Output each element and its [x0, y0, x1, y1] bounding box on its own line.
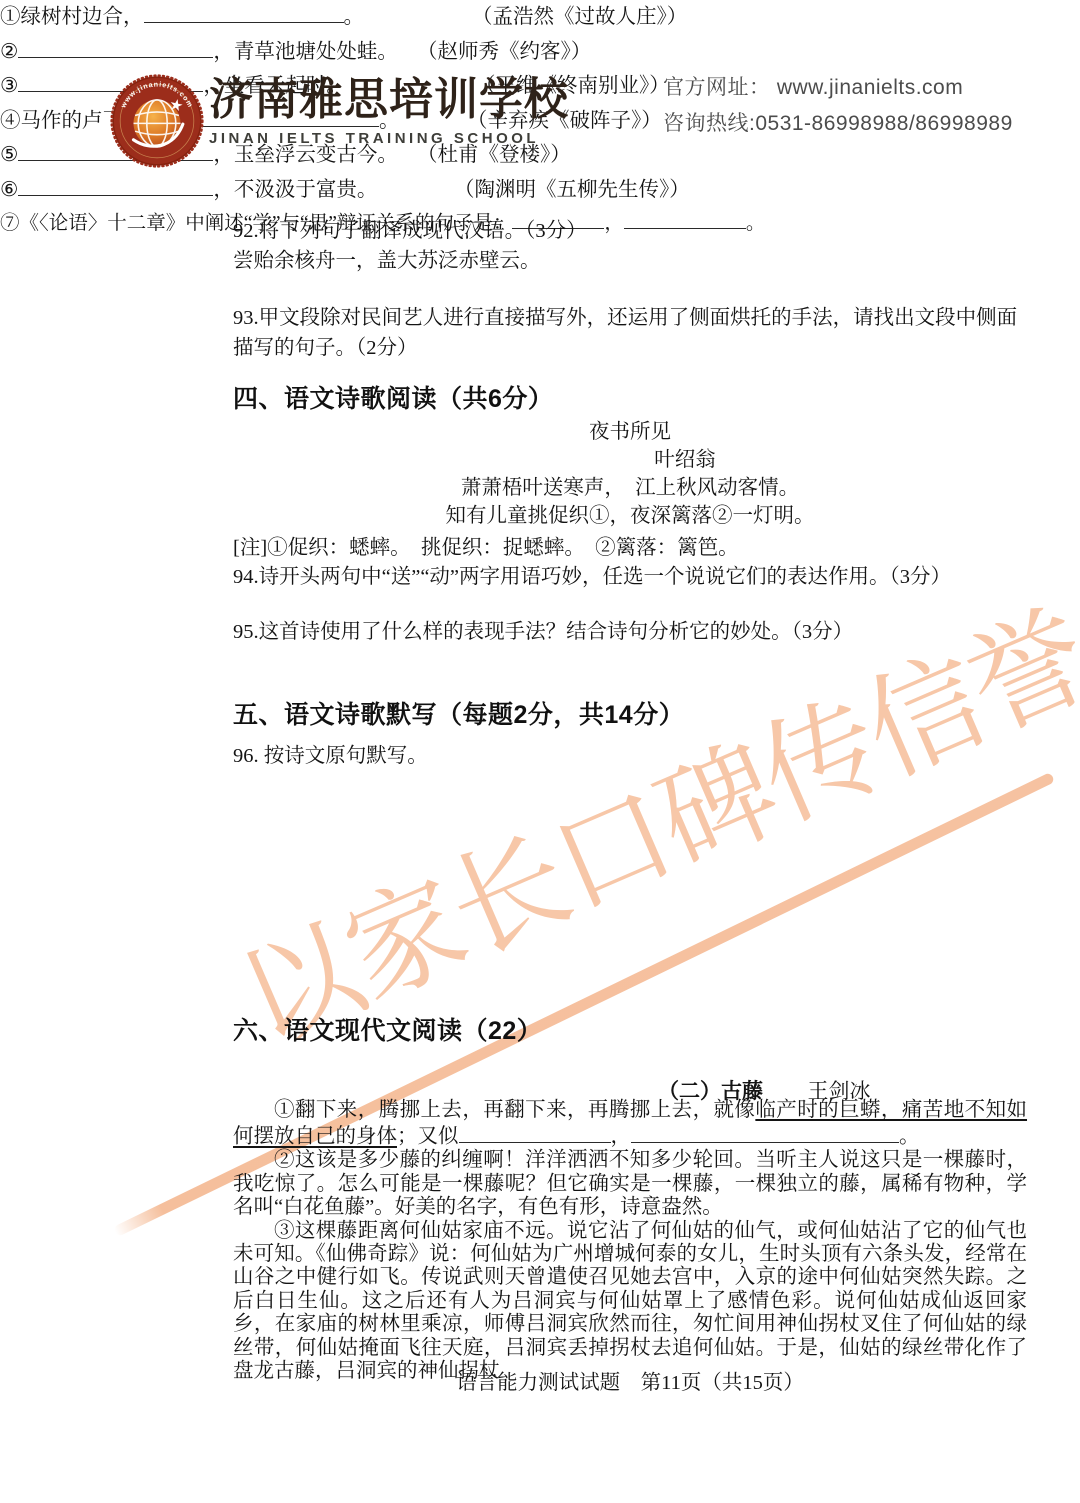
answer-blank [631, 1122, 899, 1142]
item-text: 。 [344, 6, 365, 28]
question-93-text: 93.甲文段除对民间艺人进行直接描写外，还运用了侧面烘托的手法，请找出文段中侧面… [233, 307, 1017, 359]
poem-block: 夜书所见 叶绍翁 萧萧梧叶送寒声， 江上秋风动客情。 知有儿童挑促织①，夜深篱落… [233, 418, 1027, 530]
poem-line-2: 知有儿童挑促织①，夜深篱落②一灯明。 [233, 502, 1027, 530]
paragraph-text: ①翻下来，腾挪上去，再翻下来，再腾挪上去，就像 [274, 1099, 755, 1121]
memorization-item-2: ②，青草池塘处处蛙。（赵师秀《约客》） [0, 35, 752, 70]
question-96-intro: 96. 按诗文原句默写。 [233, 741, 1027, 771]
question-95: 95.这首诗使用了什么样的表现手法？结合诗句分析它的妙处。（3分） [233, 617, 1027, 647]
item-text: ③ [0, 75, 18, 97]
passage-paragraph-1: ①翻下来，腾挪上去，再翻下来，再腾挪上去，就像临产时的巨蟒，痛苦地不知如何摆放自… [233, 1099, 1027, 1149]
answer-blank [459, 1122, 611, 1142]
poem-line-1: 萧萧梧叶送寒声， 江上秋风动客情。 [233, 474, 1027, 502]
item-source: （孟浩然《过故人庄》） [472, 6, 687, 28]
item-text: ，不汲汲于富贵。 [213, 179, 377, 201]
memorization-item-1: ①绿树村边合，。（孟浩然《过故人庄》） [0, 0, 752, 35]
school-name-cn: 济南雅思培训学校 [209, 76, 569, 124]
section-6-heading: 六、语文现代文阅读（22） [233, 1016, 1027, 1046]
answer-blank [18, 37, 213, 57]
item-source: （陶渊明《五柳先生传》） [454, 179, 690, 201]
school-logo-text: 济南雅思培训学校 JINAN IELTS TRAINING SCHOOL [209, 76, 569, 147]
item-source: （赵师秀《约客》） [417, 41, 591, 63]
page-footer: 语言能力测试试题 第11页（共15页） [233, 1368, 1027, 1398]
paragraph-text: ；又似 [397, 1126, 459, 1148]
paragraph-text: 。 [899, 1126, 920, 1148]
official-website-line: 官方网址： www.jinanielts.com [663, 70, 1013, 106]
item-text: ，青草池塘处处蛙。 [213, 41, 398, 63]
poem-note: [注]①促织：蟋蟀。 挑促织：捉蟋蟀。 ②篱落：篱笆。 [233, 533, 1027, 563]
question-94: 94.诗开头两句中“送”“动”两字用语巧妙，任选一个说说它们的表达作用。（3分） [233, 562, 1027, 592]
hotline-line: 咨询热线:0531-86998988/86998989 [663, 106, 1013, 142]
school-logo-badge-icon: www.jinanielts.com ★ [110, 74, 204, 173]
question-93: 93.甲文段除对民间艺人进行直接描写外，还运用了侧面烘托的手法，请找出文段中侧面… [233, 303, 1027, 363]
poem-author: 叶绍翁 [654, 446, 716, 474]
item-text: ⑥ [0, 179, 18, 201]
exam-page: 以家长口碑传信誉 www.jinanielts.com [0, 0, 1080, 1503]
question-92: 92.将下列句子翻译成现代汉语。（3分） 尝贻余核舟一，盖大苏泛赤壁云。 [233, 216, 1027, 276]
passage-paragraph-3: ③这棵藤距离何仙姑家庙不远。说它沾了何仙姑的仙气，或何仙姑沾了它的仙气也未可知。… [233, 1220, 1027, 1384]
answer-blank [144, 3, 344, 23]
item-text: ⑤ [0, 144, 18, 166]
passage-paragraph-2: ②这该是多少藤的纠缠啊！洋洋洒洒不知多少轮回。当听主人说这只是一棵藤时，我吃惊了… [233, 1149, 1027, 1219]
reading-passage: ①翻下来，腾挪上去，再翻下来，再腾挪上去，就像临产时的巨蟒，痛苦地不知如何摆放自… [233, 1099, 1027, 1383]
contact-info: 官方网址： www.jinanielts.com 咨询热线:0531-86998… [663, 70, 1013, 142]
section-4-heading: 四、语文诗歌阅读（共6分） [233, 384, 1027, 414]
item-text: ①绿树村边合， [0, 6, 144, 28]
paragraph-text: ， [611, 1126, 632, 1148]
item-text: ② [0, 41, 18, 63]
school-name-en: JINAN IELTS TRAINING SCHOOL [209, 130, 569, 147]
section-5-heading: 五、语文诗歌默写（每题2分，共14分） [233, 700, 1027, 730]
answer-blank [18, 175, 213, 195]
poem-title: 夜书所见 [233, 418, 1027, 446]
question-92-sentence: 尝贻余核舟一，盖大苏泛赤壁云。 [233, 246, 1027, 276]
question-92-text: 92.将下列句子翻译成现代汉语。（3分） [233, 216, 1027, 246]
memorization-item-6: ⑥，不汲汲于富贵。（陶渊明《五柳先生传》） [0, 173, 752, 208]
